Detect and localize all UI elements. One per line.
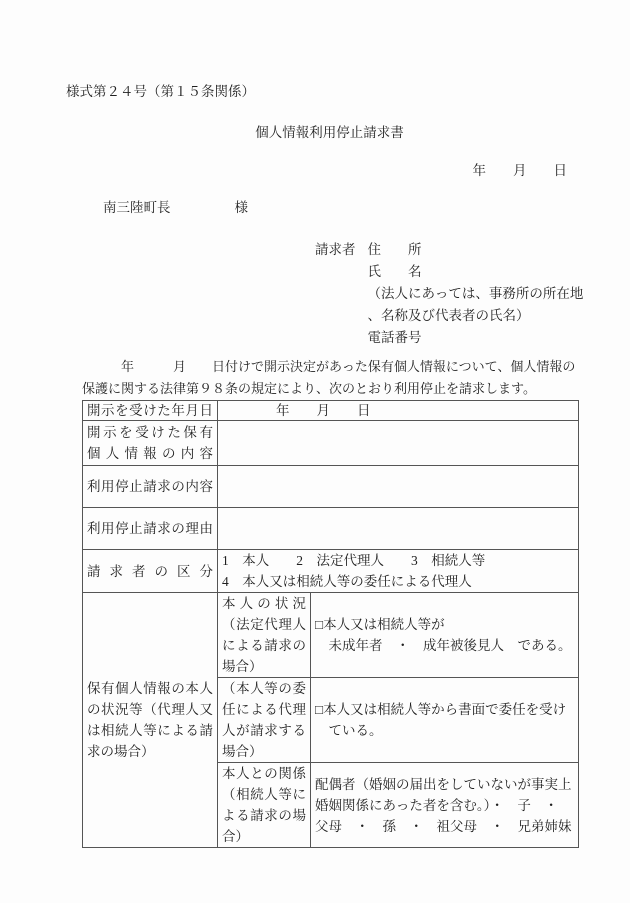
relationship-sublabel-line-2: （相続人等に (222, 784, 306, 805)
checkbox-icon: □ (315, 617, 323, 632)
requester-category-value-line-1: 1 本人 2 法定代理人 3 相続人等 (222, 550, 574, 571)
disclosure-date-label: 開示を受けた年月日 (83, 401, 218, 421)
relationship-content: 配偶者（婚姻の届出をしていないが事実上 婚姻関係にあった者を含む。）・ 子 ・ … (311, 763, 579, 848)
principal-status-sublabel-line-2: （法定代理人 (222, 614, 306, 635)
relationship-sublabel: 本人との関係 （相続人等に よる請求の場 合） (218, 763, 311, 848)
disclosed-info-label-line-2: 個人情報の内容 (87, 443, 213, 464)
body-paragraph: 年 月 日付けで開示決定があった保有個人情報について、個人情報の 保護に関する法… (82, 356, 598, 400)
suspension-reason-label: 利用停止請求の理由 (83, 508, 218, 550)
disclosed-info-label: 開示を受けた保有 個人情報の内容 (83, 421, 218, 466)
status-section-label-line-3: は相続人等による請 (87, 720, 213, 741)
form-number: 様式第２４号（第１５条関係） (66, 82, 255, 102)
subrow-principal-status: 保有個人情報の本人 の状況等（代理人又 は相続人等による請 求の場合） 本人の状… (83, 593, 579, 678)
principal-status-content-line-2: 未成年者 ・ 成年被後見人 である。 (315, 635, 574, 656)
suspension-content-label: 利用停止請求の内容 (83, 466, 218, 508)
body-line-1: 年 月 日付けで開示決定があった保有個人情報について、個人情報の (82, 356, 598, 378)
checkbox-icon: □ (315, 702, 323, 717)
relationship-content-line-3: 父母 ・ 孫 ・ 祖父母 ・ 兄弟姉妹 (315, 816, 574, 837)
principal-status-content-line-1: □本人又は相続人等が (315, 614, 574, 635)
status-section-label: 保有個人情報の本人 の状況等（代理人又 は相続人等による請 求の場合） (83, 593, 218, 848)
addressee-honorific: 様 (235, 198, 249, 218)
delegation-content-line-1: □本人又は相続人等から書面で委任を受け (315, 699, 574, 720)
principal-status-sublabel: 本人の状況 （法定代理人 による請求の 場合） (218, 593, 311, 678)
relationship-sublabel-line-4: 合） (222, 826, 306, 847)
delegation-sublabel-line-3: 人が請求する (222, 720, 306, 741)
disclosure-date-value: 年 月 日 (218, 401, 579, 421)
addressee-name: 南三陸町長 (103, 198, 171, 218)
requester-phone-label: 電話番号 (368, 327, 584, 349)
suspension-content-value (218, 466, 579, 508)
row-disclosure-date: 開示を受けた年月日 年 月 日 (83, 401, 579, 421)
relationship-content-line-2: 婚姻関係にあった者を含む。）・ 子 ・ (315, 795, 574, 816)
relationship-content-line-1: 配偶者（婚姻の届出をしていないが事実上 (315, 774, 574, 795)
requester-address-label: 住 所 (368, 239, 584, 261)
document-page: 様式第２４号（第１５条関係） 個人情報利用停止請求書 年 月 日 南三陸町長 様… (0, 0, 630, 903)
requester-name-label: 氏 名 (368, 261, 584, 283)
suspension-reason-value (218, 508, 579, 550)
status-section-label-line-1: 保有個人情報の本人 (87, 678, 213, 699)
principal-status-content: □本人又は相続人等が 未成年者 ・ 成年被後見人 である。 (311, 593, 579, 678)
principal-status-content-text: 本人又は相続人等が (323, 617, 445, 632)
requester-corp-note-line-1: （法人にあっては、事務所の所在地 (368, 283, 584, 305)
row-suspension-content: 利用停止請求の内容 (83, 466, 579, 508)
requester-corp-note-line-2: 、名称及び代表者の氏名） (368, 305, 584, 327)
requester-label: 請求者 (315, 239, 356, 261)
principal-status-sublabel-line-3: による請求の (222, 635, 306, 656)
status-section-label-line-4: 求の場合） (87, 741, 213, 762)
row-suspension-reason: 利用停止請求の理由 (83, 508, 579, 550)
delegation-sublabel: （本人等の委 任による代理 人が請求する 場合） (218, 678, 311, 763)
delegation-sublabel-line-2: 任による代理 (222, 699, 306, 720)
requester-category-value-line-2: 4 本人又は相続人等の委任による代理人 (222, 571, 574, 592)
principal-status-sublabel-line-4: 場合） (222, 656, 306, 677)
disclosed-info-label-line-1: 開示を受けた保有 (87, 422, 213, 443)
requester-lines: 住 所 氏 名 （法人にあっては、事務所の所在地 、名称及び代表者の氏名） 電話… (368, 239, 584, 349)
delegation-content-line-2: ている。 (315, 720, 574, 741)
delegation-sublabel-line-4: 場合） (222, 741, 306, 762)
requester-category-label: 請求者の区分 (83, 550, 218, 593)
status-section-label-line-2: の状況等（代理人又 (87, 699, 213, 720)
principal-status-sublabel-line-1: 本人の状況 (222, 593, 306, 614)
row-disclosed-info: 開示を受けた保有 個人情報の内容 (83, 421, 579, 466)
delegation-content: □本人又は相続人等から書面で委任を受け ている。 (311, 678, 579, 763)
relationship-sublabel-line-1: 本人との関係 (222, 763, 306, 784)
requester-block: 請求者 住 所 氏 名 （法人にあっては、事務所の所在地 、名称及び代表者の氏名… (315, 239, 583, 349)
page-title: 個人情報利用停止請求書 (82, 123, 577, 143)
request-table: 開示を受けた年月日 年 月 日 開示を受けた保有 個人情報の内容 利用停止請求の… (82, 400, 579, 848)
delegation-content-text: 本人又は相続人等から書面で委任を受け (323, 702, 566, 717)
addressee-row: 南三陸町長 様 (103, 198, 248, 218)
requester-category-value: 1 本人 2 法定代理人 3 相続人等 4 本人又は相続人等の委任による代理人 (218, 550, 579, 593)
row-requester-category: 請求者の区分 1 本人 2 法定代理人 3 相続人等 4 本人又は相続人等の委任… (83, 550, 579, 593)
delegation-sublabel-line-1: （本人等の委 (222, 678, 306, 699)
disclosed-info-value (218, 421, 579, 466)
relationship-sublabel-line-3: よる請求の場 (222, 805, 306, 826)
date-line: 年 月 日 (473, 161, 568, 181)
body-line-2: 保護に関する法律第９８条の規定により、次のとおり利用停止を請求します。 (82, 378, 598, 400)
